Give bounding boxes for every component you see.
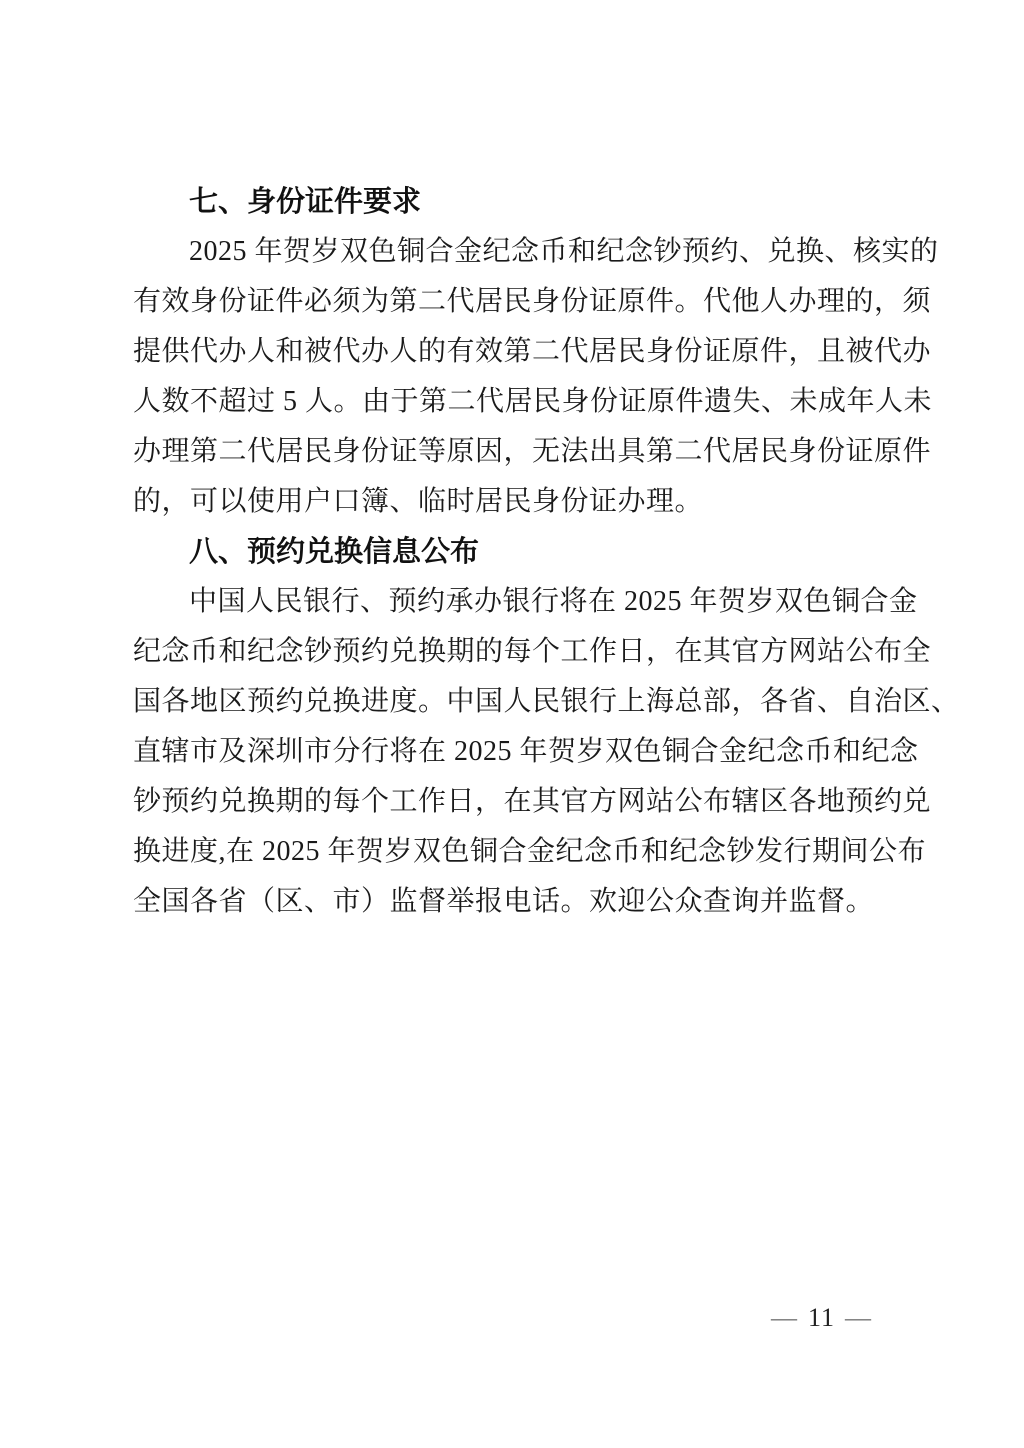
body-line: 换进度,在 2025 年贺岁双色铜合金纪念币和纪念钞发行期间公布 bbox=[133, 827, 913, 877]
body-line: 2025 年贺岁双色铜合金纪念币和纪念钞预约、兑换、核实的 bbox=[133, 227, 913, 277]
body-line: 的，可以使用户口簿、临时居民身份证办理。 bbox=[133, 477, 913, 527]
document-page: 七、身份证件要求 2025 年贺岁双色铜合金纪念币和纪念钞预约、兑换、核实的 有… bbox=[0, 0, 1024, 1448]
body-line: 人数不超过 5 人。由于第二代居民身份证原件遗失、未成年人未 bbox=[133, 377, 913, 427]
body-line: 直辖市及深圳市分行将在 2025 年贺岁双色铜合金纪念币和纪念 bbox=[133, 727, 913, 777]
section-heading-8: 八、预约兑换信息公布 bbox=[133, 527, 913, 577]
body-line: 纪念币和纪念钞预约兑换期的每个工作日，在其官方网站公布全 bbox=[133, 627, 913, 677]
body-line: 有效身份证件必须为第二代居民身份证原件。代他人办理的，须 bbox=[133, 277, 913, 327]
page-number-value: 11 bbox=[808, 1303, 835, 1332]
body-line: 中国人民银行、预约承办银行将在 2025 年贺岁双色铜合金 bbox=[133, 577, 913, 627]
page-number: —11— bbox=[761, 1298, 882, 1338]
body-line: 国各地区预约兑换进度。中国人民银行上海总部，各省、自治区、 bbox=[133, 677, 913, 727]
body-line: 办理第二代居民身份证等原因，无法出具第二代居民身份证原件 bbox=[133, 427, 913, 477]
section-heading-7: 七、身份证件要求 bbox=[133, 177, 913, 227]
page-number-dash-left: — bbox=[761, 1303, 808, 1332]
page-number-dash-right: — bbox=[835, 1303, 882, 1332]
body-line: 全国各省（区、市）监督举报电话。欢迎公众查询并监督。 bbox=[133, 877, 913, 927]
body-line: 钞预约兑换期的每个工作日，在其官方网站公布辖区各地预约兑 bbox=[133, 777, 913, 827]
document-content: 七、身份证件要求 2025 年贺岁双色铜合金纪念币和纪念钞预约、兑换、核实的 有… bbox=[133, 177, 913, 927]
body-line: 提供代办人和被代办人的有效第二代居民身份证原件，且被代办 bbox=[133, 327, 913, 377]
